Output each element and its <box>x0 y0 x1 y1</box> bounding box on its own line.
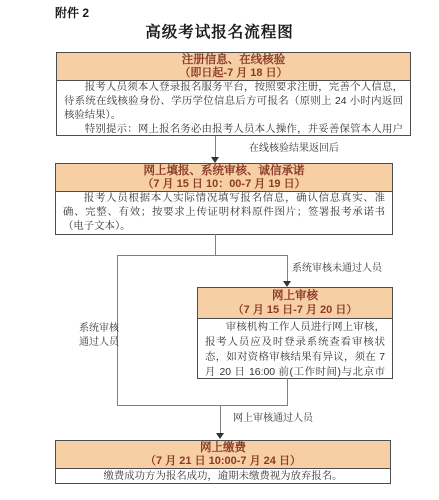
edge-label-system-review-failed: 系统审核未通过人员 <box>292 262 382 275</box>
connector-line <box>117 255 288 256</box>
box-fill-date: （7 月 15 日 10：00-7 月 19 日） <box>56 178 392 191</box>
box-review-para1: 审核机构工作人员进行网上审核，报考人员应及时登录系统查看审核状态，如对资格审核结… <box>205 320 385 379</box>
arrow-down-icon <box>216 433 224 439</box>
box-register-para1: 报考人员须本人登录报名服务平台，按照要求注册，完善个人信息，待系统在线核验身份、… <box>64 81 403 123</box>
box-register-date: （即日起-7 月 18 日） <box>57 67 410 80</box>
connector-line <box>215 136 216 158</box>
connector-line <box>215 234 216 255</box>
attachment-label: 附件 2 <box>55 4 89 21</box>
connector-line <box>287 378 288 405</box>
box-fill-para2: 注：上传职称证书材料可包括职称证书或专业技术人员职业资格证书。 <box>63 234 385 235</box>
connector-line <box>220 405 221 434</box>
box-fill-header: 网上填报、系统审核、诚信承诺 （7 月 15 日 10：00-7 月 19 日） <box>56 164 392 192</box>
connector-line <box>117 405 288 406</box>
box-register-title: 注册信息、在线核验 <box>182 54 286 66</box>
flow-box-payment: 网上缴费 （7 月 21 日 10:00-7 月 24 日） 缴费成功方为报名成… <box>55 440 391 484</box>
box-payment-date: （7 月 21 日 10:00-7 月 24 日） <box>56 455 390 468</box>
page-title: 高级考试报名流程图 <box>0 20 439 42</box>
flow-box-fill-in: 网上填报、系统审核、诚信承诺 （7 月 15 日 10：00-7 月 19 日）… <box>55 163 393 235</box>
flowchart-canvas: 附件 2 高级考试报名流程图 注册信息、在线核验 （即日起-7 月 18 日） … <box>0 0 439 500</box>
edge-label-system-review-passed-line2: 通过人员 <box>79 337 119 348</box>
box-payment-body: 缴费成功方为报名成功，逾期未缴费视为放弃报名。 <box>56 469 390 484</box>
edge-label-system-review-passed-line1: 系统审核 <box>79 323 119 334</box>
box-review-body: 审核机构工作人员进行网上审核，报考人员应及时登录系统查看审核状态，如对资格审核结… <box>198 319 392 379</box>
box-register-header: 注册信息、在线核验 （即日起-7 月 18 日） <box>57 53 410 81</box>
flow-box-online-review: 网上审核 （7 月 15 日-7 月 20 日） 审核机构工作人员进行网上审核，… <box>197 287 393 379</box>
box-payment-header: 网上缴费 （7 月 21 日 10:00-7 月 24 日） <box>56 441 390 469</box>
edge-label-after-verification: 在线核验结果返回后 <box>249 142 339 155</box>
box-review-title: 网上审核 <box>272 290 318 302</box>
edge-label-system-review-passed: 系统审核 通过人员 <box>78 322 120 350</box>
edge-label-online-review-passed: 网上审核通过人员 <box>233 412 313 425</box>
flow-box-register: 注册信息、在线核验 （即日起-7 月 18 日） 报考人员须本人登录报名服务平台… <box>56 52 411 136</box>
box-review-header: 网上审核 （7 月 15 日-7 月 20 日） <box>198 288 392 319</box>
box-register-para2: 特别提示：网上报名务必由报考人员本人操作，并妥善保管本人用户名及密码，如泄露给他… <box>64 123 403 136</box>
box-fill-body: 报考人员根据本人实际情况填写报名信息，确认信息真实、准确、完整、有效；按要求上传… <box>56 192 392 235</box>
connector-line <box>287 255 288 282</box>
box-fill-title: 网上填报、系统审核、诚信承诺 <box>144 165 305 177</box>
box-payment-title: 网上缴费 <box>200 442 246 454</box>
box-fill-para1: 报考人员根据本人实际情况填写报名信息，确认信息真实、准确、完整、有效；按要求上传… <box>63 192 385 234</box>
box-review-date: （7 月 15 日-7 月 20 日） <box>198 303 392 317</box>
box-register-body: 报考人员须本人登录报名服务平台，按照要求注册，完善个人信息，待系统在线核验身份、… <box>57 81 410 136</box>
box-payment-para1: 缴费成功方为报名成功，逾期未缴费视为放弃报名。 <box>63 469 383 484</box>
